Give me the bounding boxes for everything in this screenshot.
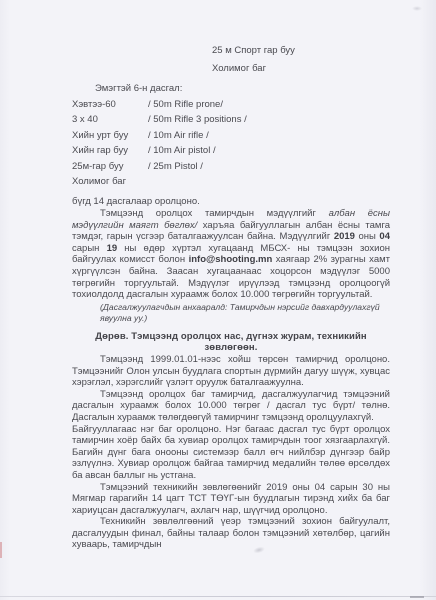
paragraph-team-rules: Байгууллагаас нэг баг оролцоно. Нэг бага… [72,424,390,482]
registration-text: оны [355,231,379,242]
event-row: Хэвтээ-60 / 50m Rifle prone/ [72,97,390,112]
event-english-name: / 10m Air pistol / [148,143,390,158]
paragraph-fees: Тэмцээнд оролцох баг тамирчид, дасгалжуу… [72,389,390,424]
deadline-year: 2019 [334,231,355,242]
deadline-month: 04 [379,231,390,242]
event-row: Хийн гар буу / 10m Air pistol / [72,143,390,158]
event-row: Хийн урт буу / 10m Air rifle / [72,128,390,143]
contact-email: info@shooting.mn [189,254,273,265]
event-name: Хийн урт буу [72,128,148,143]
scanned-document-page: 25 м Спорт гар буу Холимог баг Эмэгтэй 6… [0,0,436,600]
scan-smudge [252,546,265,555]
event-row: 25м-гар буу / 25m Pistol / [72,159,390,174]
event-english-name: / 25m Pistol / [148,159,390,174]
event-name: 25м-гар буу [72,159,148,174]
scan-smudge [412,6,422,11]
scan-pink-mark [0,542,2,558]
registration-text: сарын [72,243,107,254]
scan-edge-mark [410,596,424,598]
scan-page-edge [0,596,436,597]
paragraph-technical-meeting: Тэмцээний техникийн зөвлөгөөнийг 2019 он… [72,482,390,517]
header-event-line: 25 м Спорт гар буу [212,42,390,60]
event-row: 3 x 40 / 50m Rifle 3 positions / [72,112,390,127]
event-name: Холимог баг [72,174,148,189]
events-list: Хэвтээ-60 / 50m Rifle prone/ 3 x 40 / 50… [72,97,390,189]
event-english-name: / 50m Rifle prone/ [148,97,390,112]
total-events-line: бүгд 14 дасгалаар оролцоно. [72,196,390,208]
deadline-day: 19 [107,243,118,254]
paragraph-age-rules: Тэмцээнд 1999.01.01-нээс хойш төрсөн там… [72,354,390,389]
section-four-heading: Дөрөв. Тэмцээнд оролцох нас, дүгнэх жура… [72,331,390,354]
registration-text: Тэмцээнд оролцох тамирчдын мэдүүлгийг [100,208,329,219]
header-mixed-team-line: Холимог баг [212,60,390,78]
event-row: Холимог баг [72,174,390,189]
paragraph-registration: Тэмцээнд оролцох тамирчдын мэдүүлгийг ал… [72,208,390,301]
event-english-name [148,174,390,189]
document-header: 25 м Спорт гар буу Холимог баг [212,42,390,78]
coaches-note: (Дасгалжуулагчдын анхааралд: Тамирчдын н… [100,302,390,324]
event-english-name: / 50m Rifle 3 positions / [148,112,390,127]
event-name: 3 x 40 [72,112,148,127]
women-events-label: Эмэгтэй 6-н дасгал: [95,81,390,96]
event-english-name: / 10m Air rifle / [148,128,390,143]
event-name: Хэвтээ-60 [72,97,148,112]
event-name: Хийн гар буу [72,143,148,158]
paragraph-final-schedule: Техникийн зөвлөлгөөний үеэр тэмцээний зо… [72,516,390,551]
